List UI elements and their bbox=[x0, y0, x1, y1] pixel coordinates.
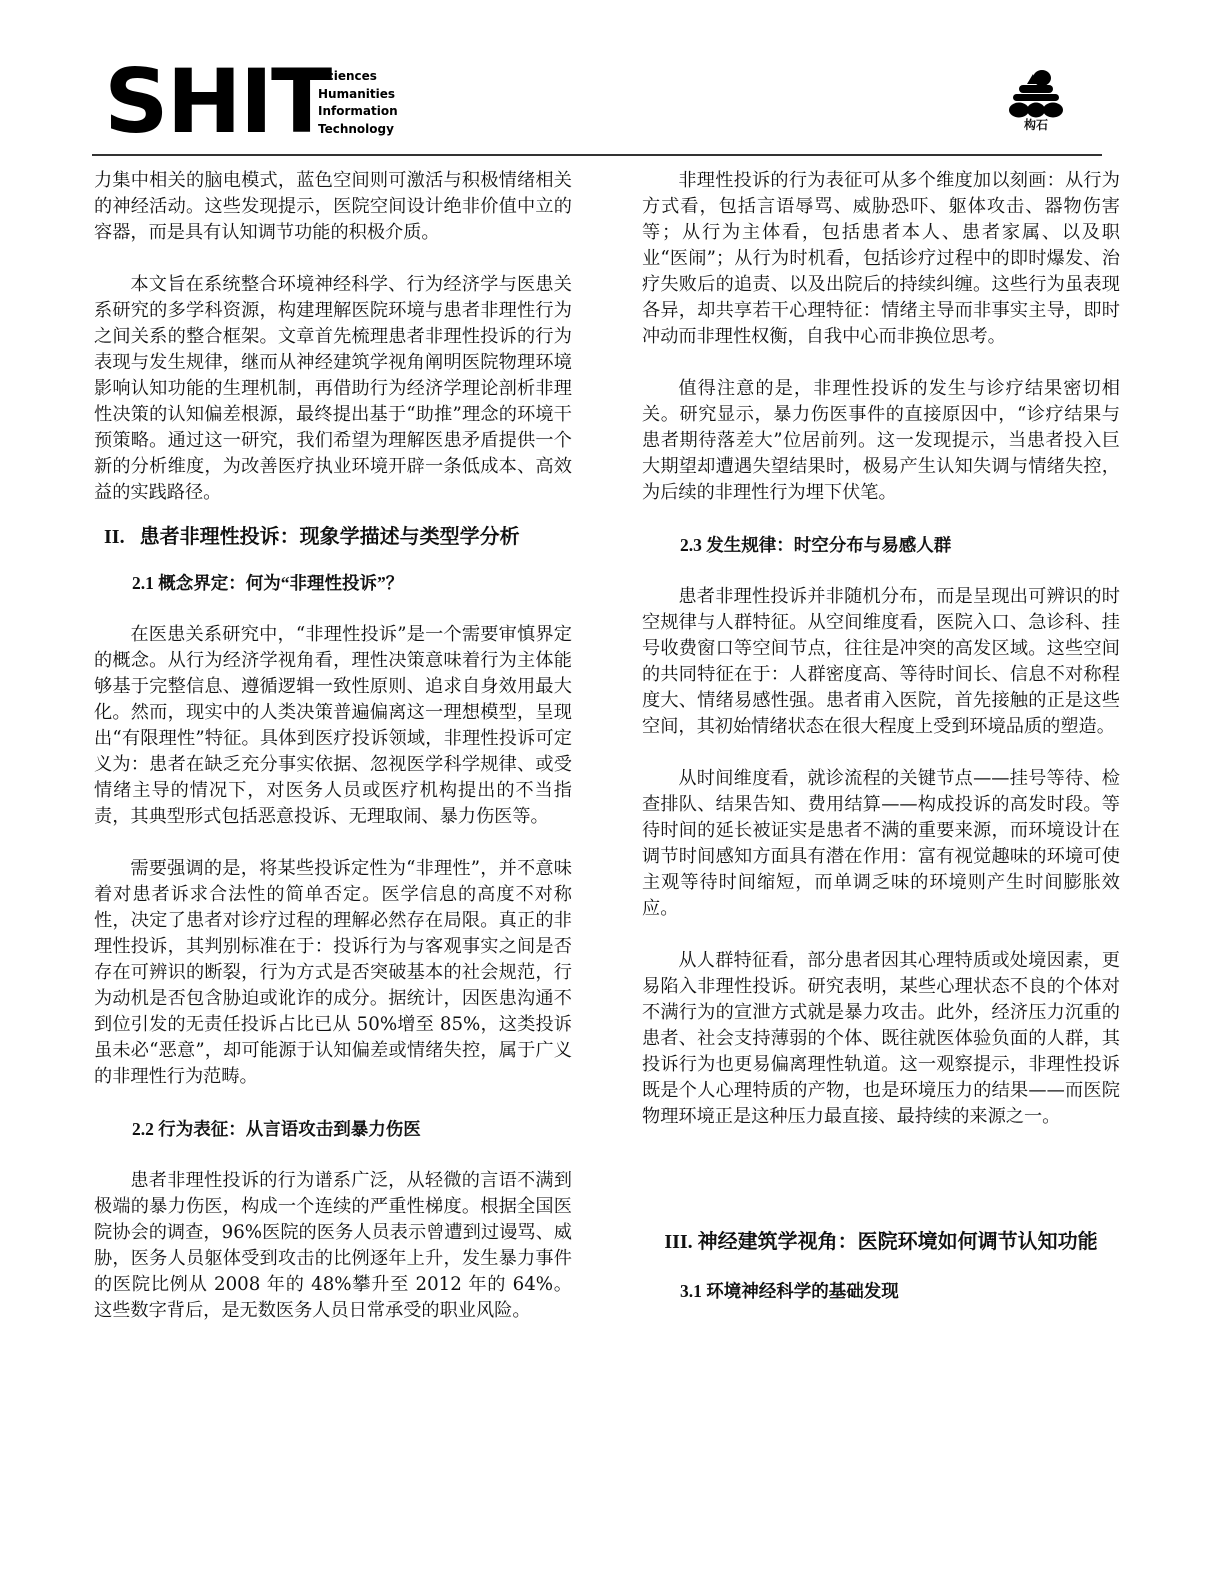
subsection-heading: 2.2 行为表征：从言语攻击到暴力伤医 bbox=[94, 1116, 572, 1142]
logo-subtitle-line: Information bbox=[318, 103, 398, 121]
logo-subtitle-line: Technology bbox=[318, 121, 398, 139]
right-logo-caption: 构石 bbox=[1004, 118, 1068, 132]
paragraph: 需要强调的是，将某些投诉定性为“非理性”，并不意味着对患者诉求合法性的简单否定。… bbox=[94, 856, 572, 1090]
paragraph: 患者非理性投诉并非随机分布，而是呈现出可辨识的时空规律与人群特征。从空间维度看，… bbox=[642, 584, 1120, 740]
stone-pile-logo: 构石 bbox=[1004, 68, 1068, 132]
section-heading: III. 神经建筑学视角：医院环境如何调节认知功能 bbox=[642, 1226, 1120, 1258]
logo-subtitle-line: Sciences bbox=[318, 68, 398, 86]
paragraph: 患者非理性投诉的行为谱系广泛，从轻微的言语不满到极端的暴力伤医，构成一个连续的严… bbox=[94, 1168, 572, 1324]
paragraph: 在医患关系研究中，“非理性投诉”是一个需要审慎界定的概念。从行为经济学视角看，理… bbox=[94, 622, 572, 830]
paragraph: 从时间维度看，就诊流程的关键节点——挂号等待、检查排队、结果告知、费用结算——构… bbox=[642, 766, 1120, 922]
journal-logo: SHIT bbox=[104, 62, 330, 142]
journal-logo-subtitle: Sciences Humanities Information Technolo… bbox=[318, 68, 398, 138]
right-column: 非理性投诉的行为表征可从多个维度加以刻画：从行为方式看，包括言语辱骂、威胁恐吓、… bbox=[642, 168, 1120, 1304]
left-column: 力集中相关的脑电模式，蓝色空间则可激活与积极情绪相关的神经活动。这些发现提示，医… bbox=[94, 168, 572, 1324]
paragraph: 非理性投诉的行为表征可从多个维度加以刻画：从行为方式看，包括言语辱骂、威胁恐吓、… bbox=[642, 168, 1120, 350]
paragraph: 本文旨在系统整合环境神经科学、行为经济学与医患关系研究的多学科资源，构建理解医院… bbox=[94, 272, 572, 506]
page-header: SHIT Sciences Humanities Information Tec… bbox=[104, 62, 1104, 152]
paragraph: 力集中相关的脑电模式，蓝色空间则可激活与积极情绪相关的神经活动。这些发现提示，医… bbox=[94, 168, 572, 246]
paragraph: 从人群特征看，部分患者因其心理特质或处境因素，更易陷入非理性投诉。研究表明，某些… bbox=[642, 948, 1120, 1130]
stone-pile-icon bbox=[1005, 68, 1067, 118]
section-heading: II. 患者非理性投诉：现象学描述与类型学分析 bbox=[94, 524, 572, 550]
paragraph: 值得注意的是，非理性投诉的发生与诊疗结果密切相关。研究显示，暴力伤医事件的直接原… bbox=[642, 376, 1120, 506]
subsection-heading: 2.1 概念界定：何为“非理性投诉”？ bbox=[94, 570, 572, 596]
header-divider bbox=[92, 154, 1102, 156]
subsection-heading: 2.3 发生规律：时空分布与易感人群 bbox=[642, 532, 1120, 558]
logo-subtitle-line: Humanities bbox=[318, 86, 398, 104]
subsection-heading: 3.1 环境神经科学的基础发现 bbox=[642, 1278, 1120, 1304]
